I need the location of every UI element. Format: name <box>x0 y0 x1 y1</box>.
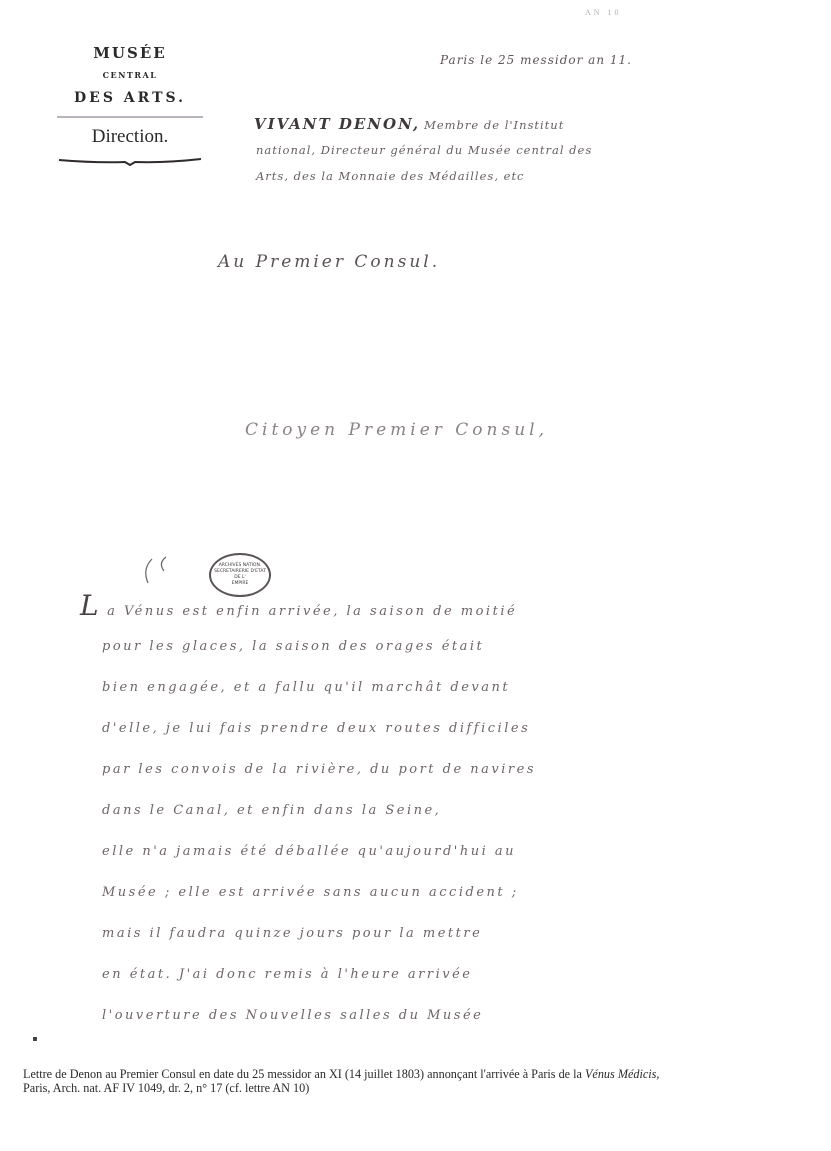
body-line-2: pour les glaces, la saison des orages ét… <box>102 639 484 654</box>
letterhead-musee: MUSÉE <box>55 44 205 62</box>
sender-title-3: Arts, des la Monnaie des Médailles, etc <box>256 169 525 183</box>
letterhead-central: CENTRAL <box>55 70 205 80</box>
sender-title-1: Membre de l'Institut <box>424 118 564 132</box>
letterhead-divider <box>57 116 203 118</box>
letterhead-des-arts: DES ARTS. <box>55 90 205 106</box>
letterhead-direction: Direction. <box>55 126 205 148</box>
margin-dot <box>33 1037 37 1041</box>
body-line-1: a Vénus est enfin arrivée, la saison de … <box>107 604 517 619</box>
salutation: Citoyen Premier Consul, <box>245 420 548 440</box>
body-line-10: en état. J'ai donc remis à l'heure arriv… <box>102 967 472 982</box>
body-line-7: elle n'a jamais été déballée qu'aujourd'… <box>102 844 516 859</box>
scanned-letter-page: AN 10 MUSÉE CENTRAL DES ARTS. Direction.… <box>0 0 831 1151</box>
body-line-11: l'ouverture des Nouvelles salles du Musé… <box>102 1008 483 1023</box>
letterhead: MUSÉE CENTRAL DES ARTS. Direction. <box>55 38 205 166</box>
body-line-4: d'elle, je lui fais prendre deux routes … <box>102 721 530 736</box>
sender-title-2: national, Directeur général du Musée cen… <box>256 143 592 157</box>
flourish-ornament-icon <box>55 156 205 166</box>
sender-block: VIVANT DENON, Membre de l'Institut natio… <box>254 111 724 189</box>
body-line-5: par les convois de la rivière, du port d… <box>102 762 536 777</box>
body-line-3: bien engagée, et a fallu qu'il marchât d… <box>102 680 510 695</box>
figure-caption: Lettre de Denon au Premier Consul en dat… <box>23 1067 823 1095</box>
body-line-6: dans le Canal, et enfin dans la Seine, <box>102 803 441 818</box>
date-line: Paris le 25 messidor an 11. <box>440 53 632 67</box>
body-line-8: Musée ; elle est arrivée sans aucun acci… <box>102 885 519 900</box>
caption-line-2: Paris, Arch. nat. AF IV 1049, dr. 2, n° … <box>23 1081 823 1095</box>
caption-line-1: Lettre de Denon au Premier Consul en dat… <box>23 1067 823 1081</box>
drop-cap: L <box>80 589 101 622</box>
caption-artwork-title: Vénus Médicis <box>585 1067 656 1081</box>
addressee: Au Premier Consul. <box>218 252 440 272</box>
corner-archive-note: AN 10 <box>585 8 622 17</box>
body-line-9: mais il faudra quinze jours pour la mett… <box>102 926 482 941</box>
sender-name: VIVANT DENON, <box>254 115 420 133</box>
letter-body: La Vénus est enfin arrivée, la saison de… <box>80 585 740 1036</box>
